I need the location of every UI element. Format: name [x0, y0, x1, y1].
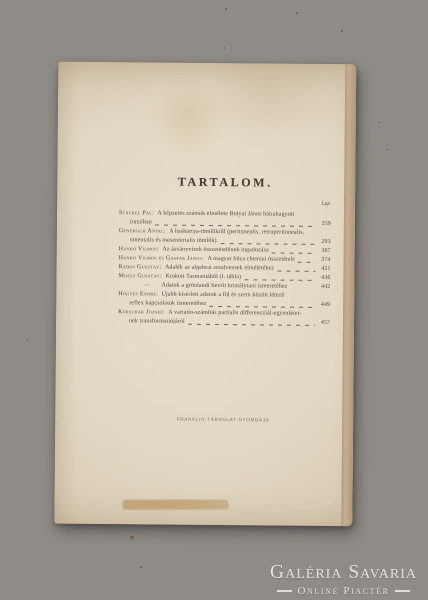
- toc-entry-page: 442: [321, 283, 330, 292]
- toc-entry-colon: :: [163, 309, 166, 318]
- toc-leader-dots: [209, 301, 314, 309]
- toc-entry-colon: :: [160, 273, 163, 282]
- dust-speck: [378, 122, 380, 123]
- page-column-header: Lap: [119, 199, 330, 207]
- dust-speck: [225, 8, 227, 10]
- toc-entry-title-cont: nek transformatiójáról: [129, 317, 185, 326]
- dust-speck: [140, 566, 142, 568]
- toc-entry-dash: —: [118, 281, 161, 290]
- toc-leader-dots: [155, 219, 316, 227]
- toc-entry-author: Genersich Antal: [119, 227, 164, 236]
- dust-speck: [296, 12, 298, 14]
- toc-entry-title: A képzetes számok elmélete Bolyai János …: [157, 209, 294, 219]
- toc-entry-page: 293: [321, 238, 330, 247]
- toc-entry-page: 457: [321, 319, 330, 328]
- watermark-subtitle: Online Piactér: [297, 585, 389, 597]
- toc-entry-page: 374: [321, 256, 330, 265]
- toc-entry-colon: :: [202, 255, 205, 264]
- toc-entry-colon: :: [157, 245, 160, 254]
- toc-entry-page: 436: [321, 274, 330, 283]
- paper-stain: [122, 500, 228, 510]
- toc-leader-dots: [272, 247, 316, 254]
- toc-entry-author: Stäckel Pál: [119, 209, 152, 218]
- toc-leader-dots: [188, 319, 315, 327]
- toc-leader-dots: [221, 238, 315, 246]
- page-title: TARTALOM.: [119, 174, 331, 191]
- toc-entry-continuation: nek transformatiójáról457: [118, 317, 330, 328]
- watermark-subtitle-row: Online Piactér: [270, 585, 417, 597]
- toc-leader-dots: [244, 274, 315, 282]
- dust-speck: [26, 340, 28, 341]
- toc-leader-dots: [298, 257, 315, 264]
- toc-entry-author: Rados Gusztáv: [118, 263, 159, 272]
- toc-entry-page: 367: [321, 247, 330, 256]
- printer-imprint: FRANKLIN-TÁRSULAT NYOMDÁJA: [117, 416, 329, 423]
- toc-entry-author: Hőgyes Endre: [118, 290, 156, 299]
- book-fore-edge: [341, 64, 356, 526]
- toc-entry-title-cont: irataiban: [130, 218, 152, 227]
- watermark: Galéria Savaria Online Piactér: [270, 563, 417, 597]
- toc-entry-author: Kürschák József: [118, 308, 163, 317]
- toc-entry-author: Moesz Gusztáv: [118, 272, 160, 281]
- dust-speck: [386, 149, 388, 150]
- dirt-speck: [130, 536, 134, 539]
- watermark-gallery-name: Galéria Savaria: [270, 563, 417, 583]
- watermark-rule-right: [395, 590, 410, 592]
- toc-entry-page: 259: [322, 220, 331, 229]
- toc-entry-colon: :: [164, 228, 167, 237]
- toc-entry-page: 449: [321, 301, 330, 310]
- table-of-contents: TARTALOM. Lap Stäckel Pál: A képzetes sz…: [118, 174, 331, 328]
- toc-leader-dots: [277, 266, 315, 273]
- toc-entry-author: Hankó Vilmos: [119, 245, 157, 254]
- toc-list: Stäckel Pál: A képzetes számok elmélete …: [118, 209, 331, 328]
- dust-speck: [224, 47, 225, 49]
- toc-entry-colon: :: [160, 264, 163, 273]
- toc-entry-page: 421: [321, 265, 330, 274]
- toc-entry-colon: :: [156, 290, 159, 299]
- book-page: TARTALOM. Lap Stäckel Pál: A képzetes sz…: [54, 62, 356, 527]
- watermark-rule-left: [277, 590, 292, 592]
- photo-scene: TARTALOM. Lap Stäckel Pál: A képzetes sz…: [0, 0, 428, 600]
- toc-entry-colon: :: [152, 209, 155, 218]
- toc-entry-title: A variatio-számítás partialis differencz…: [168, 309, 301, 319]
- dust-speck: [341, 30, 343, 32]
